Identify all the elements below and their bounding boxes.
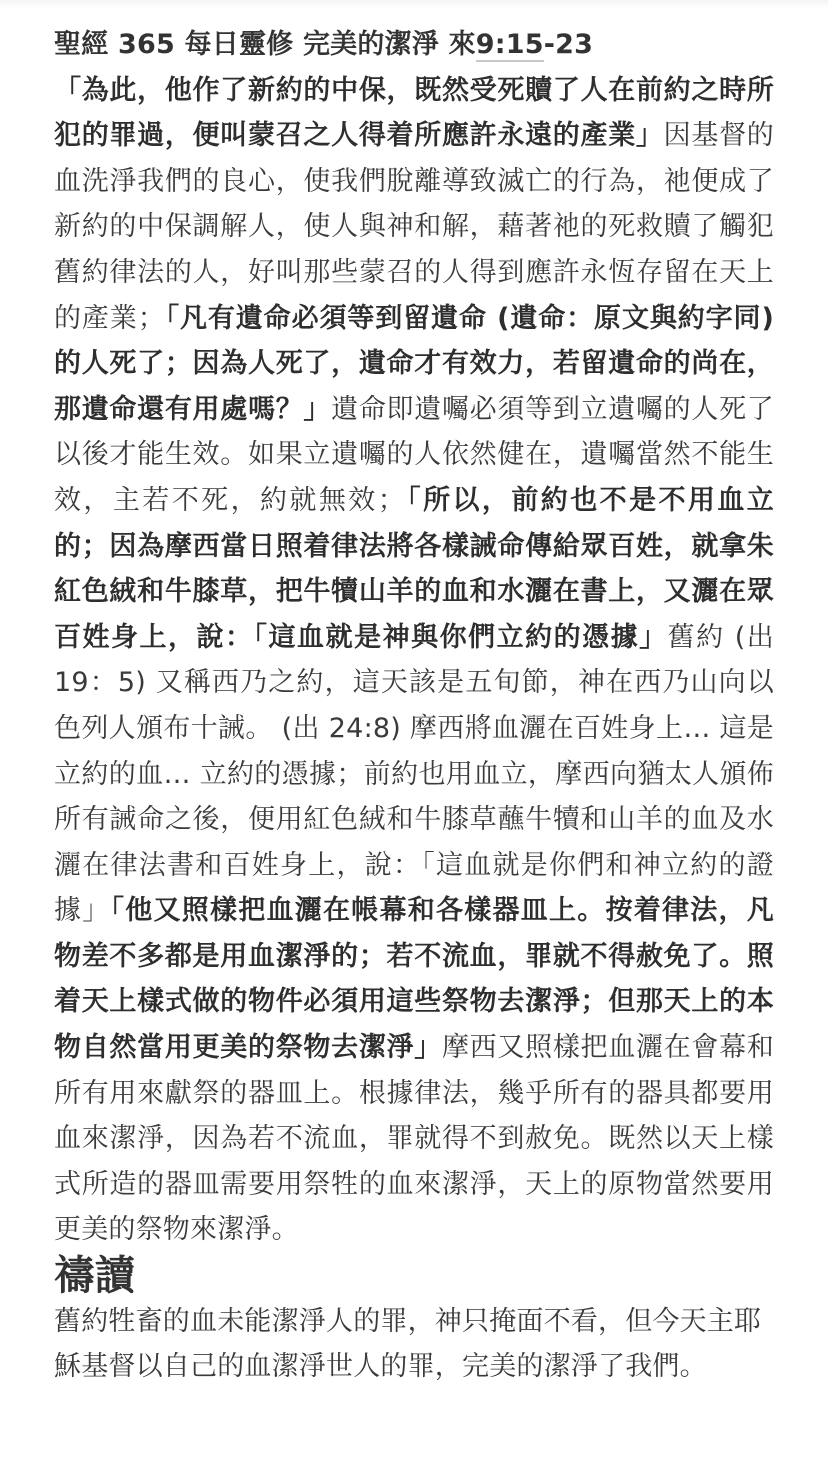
article-body: 「為此，他作了新約的中保，既然受死贖了人在前約之時所犯的罪過，便叫蒙召之人得着所… [54,68,774,1253]
commentary-text: 摩西又照樣把血灑在會幕和所有用來獻祭的器皿上。根據律法，幾乎所有的器具都要用血來… [54,1032,774,1245]
commentary-text: 舊約 (出 19：5) 又稱西乃之約，這天該是五旬節，神在西乃山向以色列人頒布十… [54,622,774,927]
prayer-text: 舊約牲畜的血未能潔淨人的罪，神只掩面不看，但今天主耶穌基督以自己的血潔淨世人的罪… [54,1299,774,1390]
article-title: 聖經 365 每日靈修 完美的潔淨 來9:15-23 [54,22,774,68]
devotional-article: 聖經 365 每日靈修 完美的潔淨 來9:15-23 「為此，他作了新約的中保，… [54,22,774,1390]
prayer-heading: 禱讀 [54,1253,774,1299]
title-suffix: -23 [544,29,593,60]
title-prefix: 聖經 365 每日靈修 完美的潔淨 來 [54,29,476,60]
top-edge-fade [0,0,828,8]
commentary-text: 因基督的血洗淨我們的良心，使我們脫離導致滅亡的行為，祂便成了新約的中保調解人，使… [54,120,774,333]
scripture-reference-link[interactable]: 9:15 [476,29,544,62]
